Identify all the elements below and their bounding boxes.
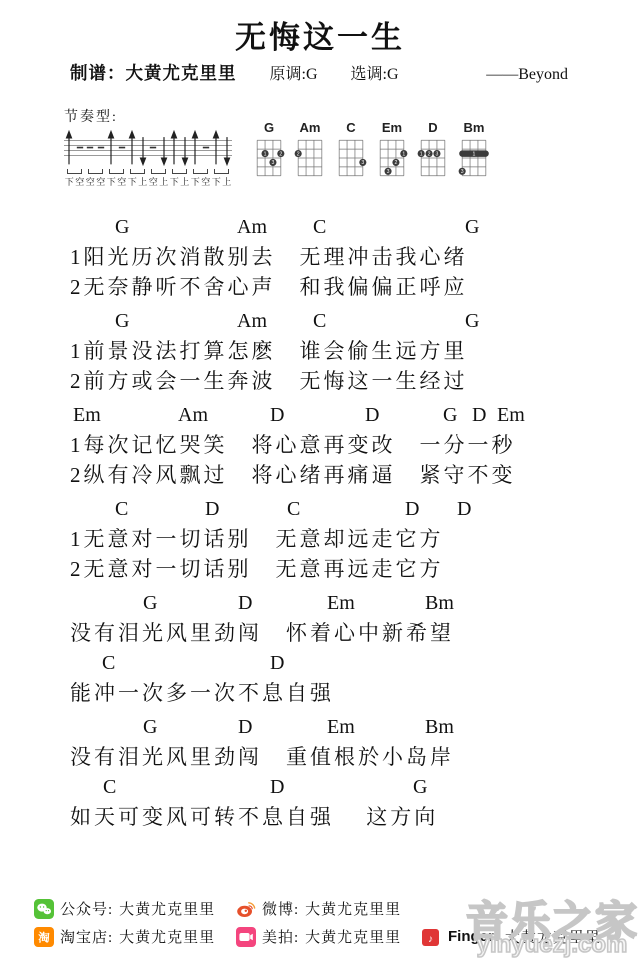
chord-line: CDG <box>40 772 600 802</box>
strum-stroke-char: 空 <box>85 175 96 188</box>
chord-mark-C: C <box>115 494 128 524</box>
strum-rest-dash <box>75 128 86 168</box>
chord-diagram-D: D123 <box>416 120 450 186</box>
chord-diagram-grid: 13 <box>457 135 491 186</box>
strum-stroke-char: 下 <box>64 175 75 188</box>
svg-text:3: 3 <box>387 169 390 175</box>
svg-text:1: 1 <box>420 151 423 157</box>
strum-stroke-char: 空 <box>75 175 86 188</box>
strum-upstroke-arrow <box>180 128 191 168</box>
chord-line: CD <box>40 648 600 678</box>
svg-text:♪: ♪ <box>428 933 433 944</box>
chord-diagrams: G123Am2C3Em123D123Bm13 <box>252 120 491 186</box>
strum-upstroke-arrow <box>222 128 233 168</box>
svg-text:2: 2 <box>297 151 300 157</box>
beat-bracket-line <box>172 169 187 174</box>
svg-text:2: 2 <box>279 151 282 157</box>
chord-mark-G: G <box>143 588 157 618</box>
strum-staff <box>64 128 232 168</box>
svg-text:3: 3 <box>461 169 464 175</box>
meta-row: 制谱：大黄尤克里里 原调:G 选调:G ——Beyond <box>70 60 568 85</box>
lyric-line: 能冲一次多一次不息自强 <box>40 678 600 708</box>
chord-mark-Am: Am <box>178 400 208 430</box>
wechat-icon <box>34 899 54 919</box>
chord-diagram-grid: 123 <box>416 135 450 186</box>
footer-item-value: 大黄尤克里里 <box>119 898 215 919</box>
chord-diagram-label: C <box>334 120 368 135</box>
chord-line: GDEmBm <box>40 588 600 618</box>
chord-mark-C: C <box>287 494 300 524</box>
chord-diagram-Bm: Bm13 <box>457 120 491 186</box>
lyric-line: 如天可变风可转不息自强 这方向 <box>40 802 600 832</box>
footer-item-value: 大黄尤克里里 <box>119 926 215 947</box>
chord-diagram-grid: 123 <box>252 135 286 186</box>
strum-downstroke-arrow <box>64 128 75 168</box>
footer-item-value: 大黄尤克里里 <box>305 926 401 947</box>
chord-mark-G: G <box>465 212 479 242</box>
svg-text:1: 1 <box>473 151 476 157</box>
lyric-line: 1阳光历次消散别去 无理冲击我心绪 <box>40 242 600 272</box>
chord-mark-Em: Em <box>73 400 101 430</box>
chord-line: EmAmDDGDEm <box>40 400 600 430</box>
chord-mark-G: G <box>443 400 457 430</box>
beat-bracket-line <box>67 169 82 174</box>
chord-line: CDCDD <box>40 494 600 524</box>
lyric-section-4: CDCDD1无意对一切话别 无意却远走它方2无意对一切话别 无意再远走它方 <box>40 494 600 584</box>
chord-mark-D: D <box>238 588 252 618</box>
lyric-line: 2无奈静听不舍心声 和我偏偏正呼应 <box>40 272 600 302</box>
song-title: 无悔这一生 <box>0 12 640 57</box>
lyric-line: 没有泪光风里劲闯 重值根於小岛岸 <box>40 742 600 772</box>
meipai-icon <box>236 927 256 947</box>
svg-text:1: 1 <box>402 151 405 157</box>
chord-mark-D: D <box>270 772 284 802</box>
beat-bracket-line <box>130 169 145 174</box>
lyric-line: 1每次记忆哭笑 将心意再变改 一分一秒 <box>40 430 600 460</box>
chord-mark-D: D <box>457 494 471 524</box>
strum-downstroke-arrow <box>169 128 180 168</box>
watermark: 音乐之家 yinyuezj.com <box>466 901 638 957</box>
lyric-line: 没有泪光风里劲闯 怀着心中新希望 <box>40 618 600 648</box>
strum-rest-dash <box>148 128 159 168</box>
strum-upstroke-arrow <box>138 128 149 168</box>
chord-diagram-grid: 3 <box>334 135 368 186</box>
chord-diagram-label: D <box>416 120 450 135</box>
chord-diagram-grid: 2 <box>293 135 327 186</box>
footer-item-label: 微博: <box>262 898 299 919</box>
strum-pattern: 下空空空下空下上空上下上下空下上 <box>64 128 232 188</box>
svg-text:1: 1 <box>264 151 267 157</box>
chord-mark-G: G <box>115 212 129 242</box>
beat-bracket <box>64 169 85 174</box>
footer-item-meipai: 美拍:大黄尤克里里 <box>236 926 422 947</box>
chord-mark-D: D <box>365 400 379 430</box>
chord-diagram-label: G <box>252 120 286 135</box>
chord-mark-C: C <box>102 648 115 678</box>
beat-bracket-line <box>193 169 208 174</box>
lyrics: GAmCG1阳光历次消散别去 无理冲击我心绪2无奈静听不舍心声 和我偏偏正呼应G… <box>40 212 600 836</box>
svg-text:3: 3 <box>436 151 439 157</box>
selected-key: 选调:G <box>351 61 399 84</box>
strum-stroke-char: 下 <box>127 175 138 188</box>
strum-rest-dash <box>201 128 212 168</box>
lyric-section-2: GAmCG1前景没法打算怎麽 谁会偷生远方里2前方或会一生奔波 无悔这一生经过 <box>40 306 600 396</box>
strum-stroke-char: 下 <box>211 175 222 188</box>
chord-mark-Em: Em <box>327 712 355 742</box>
svg-text:2: 2 <box>428 151 431 157</box>
chord-mark-D: D <box>270 648 284 678</box>
strum-downstroke-arrow <box>127 128 138 168</box>
svg-text:2: 2 <box>395 160 398 166</box>
chord-diagram-label: Bm <box>457 120 491 135</box>
lyric-line: 2前方或会一生奔波 无悔这一生经过 <box>40 366 600 396</box>
lyric-section-5: GDEmBm没有泪光风里劲闯 怀着心中新希望CD能冲一次多一次不息自强 <box>40 588 600 708</box>
strum-stroke-char: 空 <box>117 175 128 188</box>
chord-mark-D: D <box>205 494 219 524</box>
strum-stroke-char: 空 <box>201 175 212 188</box>
strum-stroke-char: 上 <box>222 175 233 188</box>
finger-icon: ♪ <box>422 927 442 947</box>
lyric-section-6: GDEmBm没有泪光风里劲闯 重值根於小岛岸CDG如天可变风可转不息自强 这方向 <box>40 712 600 832</box>
chord-mark-G: G <box>413 772 427 802</box>
chord-mark-C: C <box>313 212 326 242</box>
footer-item-wechat: 公众号:大黄尤克里里 <box>34 898 236 919</box>
chord-diagram-label: Am <box>293 120 327 135</box>
beat-bracket-line <box>88 169 103 174</box>
rhythm-label: 节奏型: <box>64 106 118 126</box>
strum-stroke-char: 上 <box>138 175 149 188</box>
chord-mark-D: D <box>405 494 419 524</box>
beat-bracket <box>211 169 232 174</box>
strum-downstroke-arrow <box>190 128 201 168</box>
chord-diagram-Am: Am2 <box>293 120 327 186</box>
footer-item-value: 大黄尤克里里 <box>305 898 401 919</box>
chord-mark-C: C <box>313 306 326 336</box>
chord-mark-G: G <box>115 306 129 336</box>
lyric-line: 2纵有冷风飘过 将心绪再痛逼 紧守不变 <box>40 460 600 490</box>
chord-mark-G: G <box>143 712 157 742</box>
chord-mark-D: D <box>472 400 486 430</box>
strum-stroke-char: 下 <box>106 175 117 188</box>
artist: ——Beyond <box>486 66 568 84</box>
chord-line: GAmCG <box>40 212 600 242</box>
strum-stroke-char: 上 <box>159 175 170 188</box>
chord-mark-Am: Am <box>237 212 267 242</box>
credit: 制谱：大黄尤克里里 <box>70 60 237 85</box>
chord-mark-G: G <box>465 306 479 336</box>
chord-mark-Em: Em <box>497 400 525 430</box>
chord-mark-Am: Am <box>237 306 267 336</box>
chord-diagram-G: G123 <box>252 120 286 186</box>
svg-text:3: 3 <box>272 160 275 166</box>
chord-mark-Bm: Bm <box>425 588 454 618</box>
beat-bracket <box>169 169 190 174</box>
beat-bracket <box>106 169 127 174</box>
footer-item-taobao: 淘淘宝店:大黄尤克里里 <box>34 926 236 947</box>
chord-mark-Em: Em <box>327 588 355 618</box>
chord-mark-D: D <box>238 712 252 742</box>
lyric-line: 1前景没法打算怎麽 谁会偷生远方里 <box>40 336 600 366</box>
beat-bracket-line <box>151 169 166 174</box>
lyric-line: 1无意对一切话别 无意却远走它方 <box>40 524 600 554</box>
chord-mark-C: C <box>103 772 116 802</box>
strum-upstroke-arrow <box>159 128 170 168</box>
beat-bracket-line <box>109 169 124 174</box>
beat-bracket <box>190 169 211 174</box>
original-key: 原调:G <box>270 61 318 84</box>
credit-label: 制谱： <box>70 63 126 83</box>
strum-stroke-char: 上 <box>180 175 191 188</box>
strum-chars: 下空空空下空下上空上下上下空下上 <box>64 175 232 188</box>
lyric-section-1: GAmCG1阳光历次消散别去 无理冲击我心绪2无奈静听不舍心声 和我偏偏正呼应 <box>40 212 600 302</box>
footer-item-label: 美拍: <box>262 926 299 947</box>
footer-item-weibo: 微博:大黄尤克里里 <box>236 898 422 919</box>
svg-text:淘: 淘 <box>38 930 50 944</box>
footer-item-label: 公众号: <box>60 898 113 919</box>
strum-rest-dash <box>85 128 96 168</box>
strum-rest-dash <box>96 128 107 168</box>
strum-brackets <box>64 169 232 174</box>
beat-bracket <box>148 169 169 174</box>
beat-bracket <box>85 169 106 174</box>
chord-line: GDEmBm <box>40 712 600 742</box>
credit-value: 大黄尤克里里 <box>126 63 237 83</box>
strum-stroke-char: 空 <box>148 175 159 188</box>
beat-bracket-line <box>214 169 229 174</box>
chord-diagram-Em: Em123 <box>375 120 409 186</box>
strum-stroke-char: 下 <box>169 175 180 188</box>
svg-text:3: 3 <box>361 160 364 166</box>
lyric-line: 2无意对一切话别 无意再远走它方 <box>40 554 600 584</box>
lyric-section-3: EmAmDDGDEm1每次记忆哭笑 将心意再变改 一分一秒2纵有冷风飘过 将心绪… <box>40 400 600 490</box>
chord-mark-D: D <box>270 400 284 430</box>
strum-downstroke-arrow <box>211 128 222 168</box>
taobao-icon: 淘 <box>34 927 54 947</box>
chord-line: GAmCG <box>40 306 600 336</box>
footer-item-label: 淘宝店: <box>60 926 113 947</box>
strum-rest-dash <box>117 128 128 168</box>
strum-stroke-char: 空 <box>96 175 107 188</box>
chord-diagram-C: C3 <box>334 120 368 186</box>
beat-bracket <box>127 169 148 174</box>
strum-downstroke-arrow <box>106 128 117 168</box>
weibo-icon <box>236 899 256 919</box>
strum-stroke-char: 下 <box>190 175 201 188</box>
chord-diagram-label: Em <box>375 120 409 135</box>
watermark-url: yinyuezj.com <box>466 933 638 957</box>
chord-diagram-grid: 123 <box>375 135 409 186</box>
chord-mark-Bm: Bm <box>425 712 454 742</box>
